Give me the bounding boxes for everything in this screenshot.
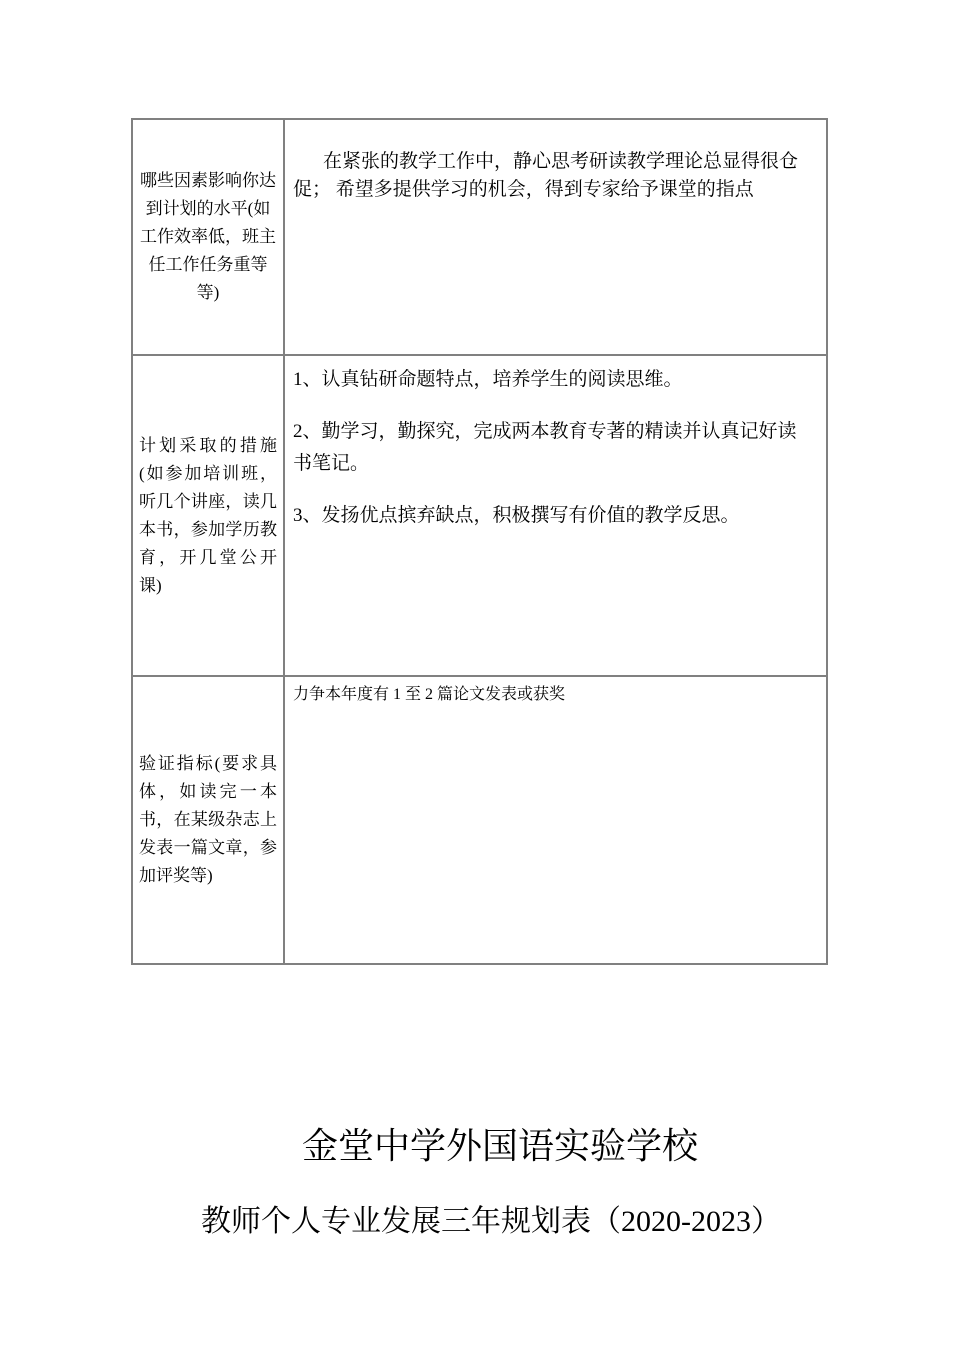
planning-table: 哪些因素影响你达到计划的水平(如工作效率低，班主任工作任务重等等) 在紧张的教学…: [131, 118, 828, 965]
factors-label: 哪些因素影响你达到计划的水平(如工作效率低，班主任工作任务重等等): [139, 167, 277, 307]
school-name-heading: 金堂中学外国语实验学校: [0, 1118, 960, 1169]
measures-content-cell: 1、认真钻研命题特点，培养学生的阅读思维。 2、勤学习，勤探究，完成两本教育专著…: [285, 356, 826, 677]
measures-item-1: 1、认真钻研命题特点，培养学生的阅读思维。: [293, 364, 812, 396]
measures-label-cell: 计划采取的措施(如参加培训班，听几个讲座，读几本书，参加学历教育，开几堂公开课): [133, 356, 285, 677]
factors-content-cell: 在紧张的教学工作中，静心思考研读教学理论总显得很仓促； 希望多提供学习的机会，得…: [285, 120, 826, 356]
document-page: 哪些因素影响你达到计划的水平(如工作效率低，班主任工作任务重等等) 在紧张的教学…: [0, 0, 960, 1357]
indicators-content-cell: 力争本年度有 1 至 2 篇论文发表或获奖: [285, 677, 826, 963]
indicators-content-text: 力争本年度有 1 至 2 篇论文发表或获奖: [293, 683, 816, 707]
factors-content-text: 在紧张的教学工作中，静心思考研读教学理论总显得很仓促； 希望多提供学习的机会，得…: [293, 148, 813, 204]
factors-label-cell: 哪些因素影响你达到计划的水平(如工作效率低，班主任工作任务重等等): [133, 120, 285, 356]
document-title-heading: 教师个人专业发展三年规划表（2020-2023）: [0, 1196, 960, 1240]
measures-item-2: 2、勤学习，勤探究，完成两本教育专著的精读并认真记好读书笔记。: [293, 416, 812, 480]
measures-label: 计划采取的措施(如参加培训班，听几个讲座，读几本书，参加学历教育，开几堂公开课): [139, 432, 277, 600]
indicators-label: 验证指标(要求具体，如读完一本书，在某级杂志上发表一篇文章，参加评奖等): [139, 750, 277, 890]
indicators-label-cell: 验证指标(要求具体，如读完一本书，在某级杂志上发表一篇文章，参加评奖等): [133, 677, 285, 963]
measures-item-3: 3、发扬优点摈弃缺点，积极撰写有价值的教学反思。: [293, 500, 812, 532]
